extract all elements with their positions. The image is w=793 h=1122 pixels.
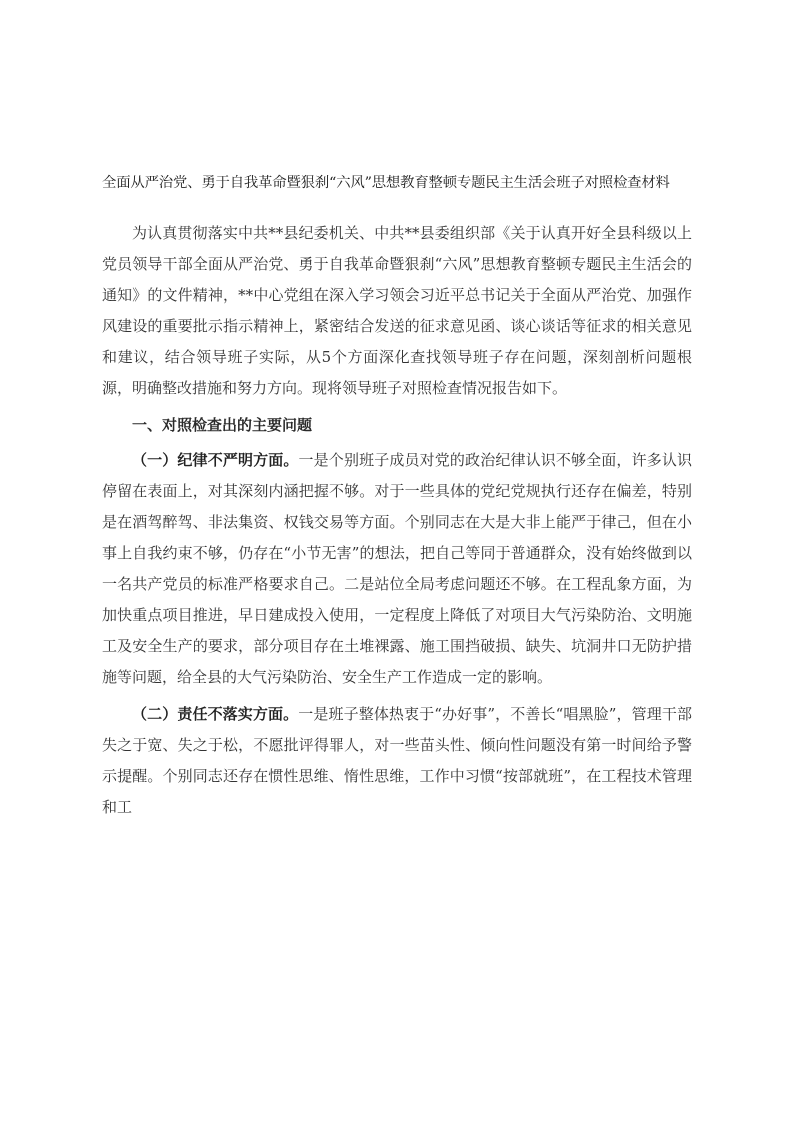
intro-paragraph: 为认真贯彻落实中共**县纪委机关、中共**县委组织部《关于认真开好全县科级以上党… bbox=[102, 218, 692, 404]
item-paragraph-1: （一）纪律不严明方面。一是个别班子成员对党的政治纪律认识不够全面，许多认识停留在… bbox=[102, 445, 692, 693]
document-body: 为认真贯彻落实中共**县纪委机关、中共**县委组织部《关于认真开好全县科级以上党… bbox=[102, 218, 692, 823]
item-text: 一是个别班子成员对党的政治纪律认识不够全面，许多认识停留在表面上，对其深刻内涵把… bbox=[102, 451, 692, 686]
item-paragraph-2: （二）责任不落实方面。一是班子整体热衷于“办好事”，不善长“唱黑脸”，管理干部失… bbox=[102, 699, 692, 823]
item-lead: （二）责任不落实方面。 bbox=[132, 705, 298, 723]
section-heading: 一、对照检查出的主要问题 bbox=[102, 410, 692, 441]
item-lead: （一）纪律不严明方面。 bbox=[132, 451, 299, 469]
document-title: 全面从严治党、勇于自我革命暨狠刹“六风”思想教育整顿专题民主生活会班子对照检查材… bbox=[102, 172, 692, 194]
